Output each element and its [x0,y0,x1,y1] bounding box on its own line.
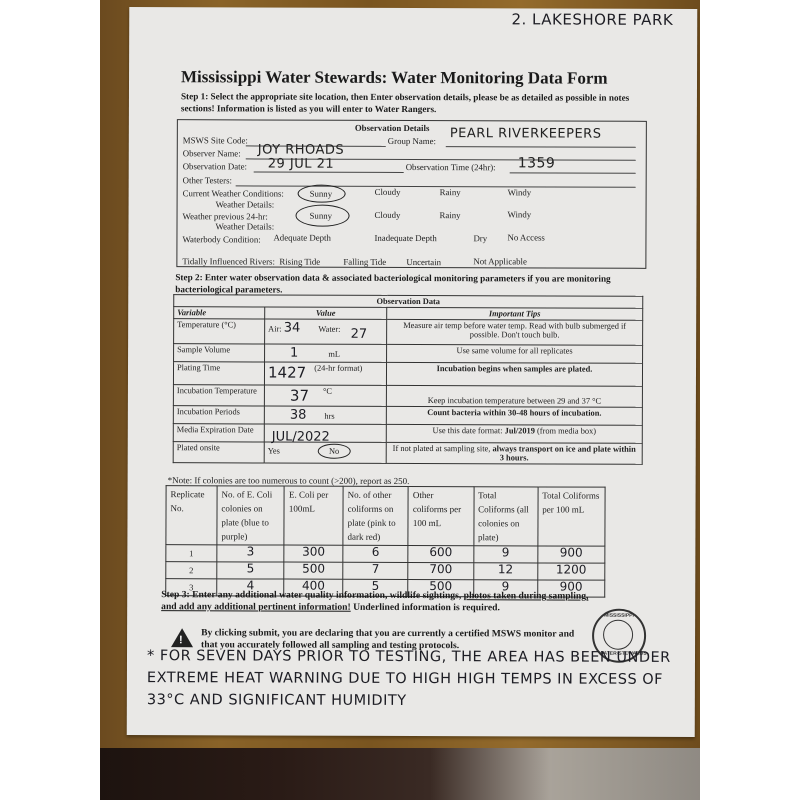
plating-time-label: Plating Time [173,362,264,385]
replicate-value[interactable]: 3 [217,545,285,562]
row-sample-volume: Sample Volume 1mL Use same volume for al… [174,344,643,364]
step3-prefix: Step 3: Enter any additional water quali… [161,589,463,601]
replicates-col-header: E. Coli per 100mL [284,486,343,545]
replicates-col-header: Other coliforms per 100 mL [408,486,473,545]
other-testers-label: Other Testers: [183,175,232,185]
photo-background: 2. LAKESHORE PARK Mississippi Water Stew… [100,0,700,800]
current-weather-option-rainy[interactable]: Rainy [440,187,461,197]
replicate-number: 2 [166,562,217,579]
sample-volume-unit: mL [328,350,340,359]
plated-tip-prefix: If not plated at sampling site, [393,444,493,453]
other-testers-field[interactable] [236,185,636,187]
air-temp-value[interactable]: 34 [284,321,301,336]
tidal-option-rising[interactable]: Rising Tide [279,257,320,267]
temperature-tip: Measure air temp before water temp. Read… [387,319,643,345]
plating-time-value[interactable]: 1427 [268,363,306,381]
floor-area [100,748,700,800]
observation-details-box: Observation Details MSWS Site Code: Grou… [176,119,647,269]
replicate-row: 1330066009900 [166,545,605,564]
site-code-label: MSWS Site Code: [183,135,248,145]
waterbody-label: Waterbody Condition: [182,234,260,244]
incubation-temp-value[interactable]: 37 [290,387,309,405]
col-value: Value [265,307,387,319]
group-name-value[interactable]: PEARL RIVERKEEPERS [450,126,602,142]
replicate-value[interactable]: 9 [473,546,537,563]
step3-instructions: Step 3: Enter any additional water quali… [161,589,601,615]
plating-time-cell[interactable]: 1427(24-hr format) [264,362,386,385]
incubation-temp-unit: °C [323,387,332,396]
replicates-col-header: No. of other coliforms on plate (pink to… [343,486,408,545]
media-tip-prefix: Use this date format: [433,426,505,435]
replicates-col-header: Total Coliforms per 100 mL [538,487,605,546]
replicate-value[interactable]: 700 [408,562,473,579]
row-incubation-periods: Incubation Periods 38hrs Count bacteria … [173,406,642,426]
media-expiration-label: Media Expiration Date [173,424,264,442]
observer-value[interactable]: JOY RHOADS [258,142,344,157]
water-temp-value[interactable]: 27 [351,327,368,342]
replicate-value[interactable]: 7 [343,562,408,579]
replicate-value[interactable]: 900 [538,546,605,563]
replicates-table: Replicate No.No. of E. Coli colonies on … [165,485,605,598]
replicates-header-row: Replicate No.No. of E. Coli colonies on … [166,486,605,547]
media-tip-suffix: (from media box) [535,426,596,435]
plated-tip-bold: always transport on ice and plate within… [492,444,635,462]
incubation-periods-cell[interactable]: 38hrs [264,406,386,424]
row-media-expiration: Media Expiration Date JUL/2022 Use this … [173,424,642,444]
row-temperature: Temperature (°C) Air: 34 Water: 27 Measu… [174,319,643,346]
incubation-temp-tip: Keep incubation temperature between 29 a… [386,385,642,407]
replicates-col-header: No. of E. Coli colonies on plate (blue t… [217,486,285,545]
tidal-label: Tidally Influenced Rivers: [182,256,275,266]
tidal-option-uncertain[interactable]: Uncertain [406,257,441,267]
replicate-value[interactable]: 12 [473,563,537,580]
waterbody-option-adequate[interactable]: Adequate Depth [273,233,330,243]
prev-weather-option-windy[interactable]: Windy [508,209,532,219]
prev-weather-label: Weather previous 24-hr: [183,211,268,221]
incubation-temp-label: Incubation Temperature [173,385,264,406]
replicate-value[interactable]: 6 [343,545,408,562]
observation-date-value[interactable]: 29 JUL 21 [268,156,335,171]
sample-volume-tip: Use same volume for all replicates [387,344,643,363]
seal-top-text: MISSISSIPPI [604,613,634,619]
group-name-label: Group Name: [388,136,436,146]
step2-instructions: Step 2: Enter water observation data & a… [175,271,645,297]
replicate-row: 255007700121200 [166,562,605,581]
media-expiration-tip: Use this date format: Jul/2019 (from med… [386,424,642,443]
current-weather-details-label: Weather Details: [216,199,275,209]
media-expiration-cell[interactable]: JUL/2022 [264,424,386,442]
observation-date-label: Observation Date: [183,161,247,171]
incubation-periods-tip: Count bacteria within 30-48 hours of inc… [386,406,642,425]
replicate-value[interactable]: 500 [284,562,343,579]
observation-details-heading: Observation Details [355,123,430,133]
observation-time-value[interactable]: 1359 [518,155,556,171]
selection-circle [296,205,350,227]
current-weather-option-cloudy[interactable]: Cloudy [375,187,401,197]
plating-time-tip: Incubation begins when samples are plate… [386,362,642,386]
prev-weather-option-rainy[interactable]: Rainy [440,210,461,220]
selection-circle [298,185,346,203]
replicate-number: 1 [166,545,217,562]
temperature-label: Temperature (°C) [174,319,265,344]
tidal-option-falling[interactable]: Falling Tide [343,257,386,267]
incubation-periods-label: Incubation Periods [173,406,264,424]
handwritten-note: * FOR SEVEN DAYS PRIOR TO TESTING, THE A… [127,645,695,713]
plated-onsite-tip: If not plated at sampling site, always t… [386,442,642,464]
sample-volume-cell[interactable]: 1mL [265,344,387,362]
sample-volume-label: Sample Volume [174,344,265,362]
replicate-value[interactable]: 300 [284,545,343,562]
sample-volume-value[interactable]: 1 [290,346,298,361]
col-variable: Variable [174,307,265,319]
plated-onsite-yes[interactable]: Yes [268,446,280,455]
replicate-value[interactable]: 600 [408,545,473,562]
water-label: Water: [318,325,340,334]
plated-onsite-no[interactable]: No [318,444,350,459]
col-tips: Important Tips [387,307,643,320]
replicate-value[interactable]: 1200 [537,563,604,580]
plating-time-unit: (24-hr format) [314,364,362,373]
tidal-option-not-applicable[interactable]: Not Applicable [473,256,527,266]
observation-data-table: Observation Data Variable Value Importan… [173,294,644,465]
incubation-periods-value[interactable]: 38 [290,408,307,423]
observer-label: Observer Name: [183,148,241,158]
air-label: Air: [268,324,282,333]
current-weather-label: Current Weather Conditions: [183,188,284,198]
media-tip-format: Jul/2019 [505,426,535,435]
data-form-paper: 2. LAKESHORE PARK Mississippi Water Stew… [127,7,698,737]
prev-weather-details-label: Weather Details: [215,221,274,231]
handwritten-site-name: 2. LAKESHORE PARK [511,10,673,29]
replicates-col-header: Total Coliforms (all colonies on plate) [474,487,538,546]
incubation-temp-cell[interactable]: 37°C [264,385,386,406]
waterbody-option-dry[interactable]: Dry [473,233,487,243]
temperature-value-cell[interactable]: Air: 34 Water: 27 [265,319,387,344]
waterbody-option-no-access[interactable]: No Access [507,232,544,242]
group-name-underline [446,146,636,148]
plated-onsite-label: Plated onsite [173,442,264,463]
step3-suffix: Underlined information is required. [351,602,500,614]
time-underline [510,172,636,173]
replicate-value[interactable]: 5 [217,562,285,579]
plated-onsite-cell: Yes No [264,442,386,463]
row-plating-time: Plating Time 1427(24-hr format) Incubati… [173,362,642,387]
current-weather-option-windy[interactable]: Windy [508,187,532,197]
row-incubation-temp: Incubation Temperature 37°C Keep incubat… [173,385,642,408]
incubation-periods-unit: hrs [324,412,334,421]
replicates-col-header: Replicate No. [166,486,217,545]
waterbody-option-inadequate[interactable]: Inadequate Depth [374,233,436,243]
form-title: Mississippi Water Stewards: Water Monito… [181,67,608,88]
seal-inner-ring [603,620,633,650]
prev-weather-option-cloudy[interactable]: Cloudy [375,210,401,220]
row-plated-onsite: Plated onsite Yes No If not plated at sa… [173,442,642,465]
step1-instructions: Step 1: Select the appropriate site loca… [181,90,651,116]
observation-time-label: Observation Time (24hr): [406,162,496,172]
